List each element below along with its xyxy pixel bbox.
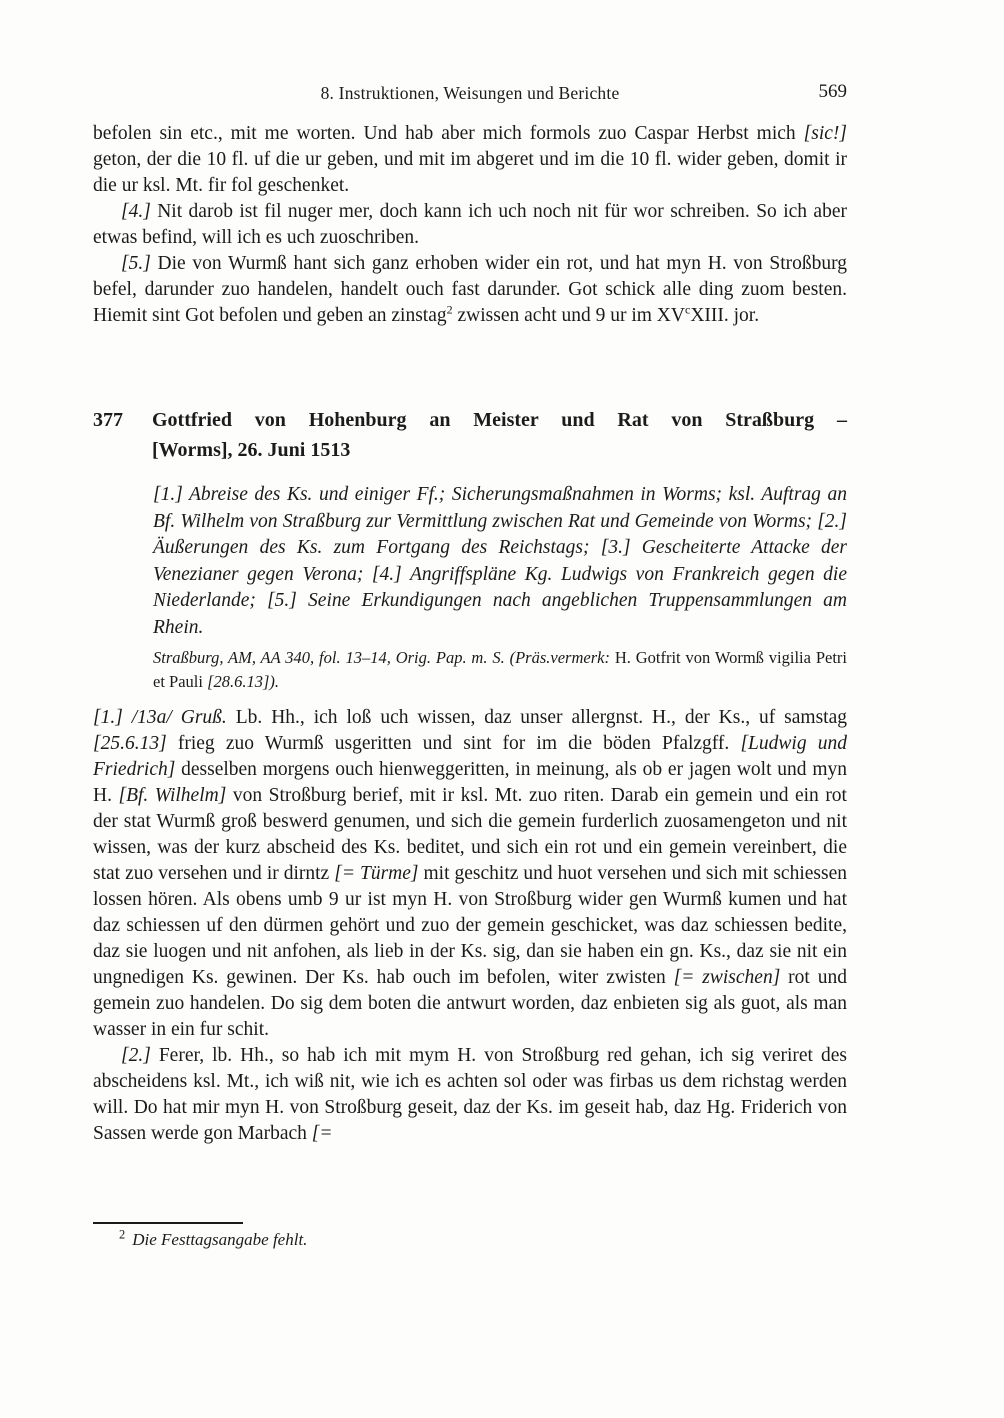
footnote: 2Die Festtagsangabe fehlt. bbox=[119, 1228, 307, 1252]
running-head: 8. Instruktionen, Weisungen und Berichte… bbox=[93, 83, 847, 103]
section-title: 8. Instruktionen, Weisungen und Berichte bbox=[93, 83, 847, 103]
document-title-line2: [Worms], 26. Juni 1513 bbox=[152, 435, 847, 465]
paragraph-5: [5.] Die von Wurmß hant sich ganz erhobe… bbox=[93, 251, 847, 329]
document-number: 377 bbox=[93, 405, 123, 435]
document-summary: [1.] Abreise des Ks. und einiger Ff.; Si… bbox=[153, 482, 847, 641]
footnote-text: Die Festtagsangabe fehlt. bbox=[132, 1230, 307, 1249]
body-paragraph-1: [1.] /13a/ Gruß. Lb. Hh., ich loß uch wi… bbox=[93, 705, 847, 1043]
paragraph-4: [4.] Nit darob ist fil nuger mer, doch k… bbox=[93, 199, 847, 251]
document-title-line1: Gottfried von Hohenburg an Meister und R… bbox=[152, 405, 847, 435]
archival-source-note: Straßburg, AM, AA 340, fol. 13–14, Orig.… bbox=[153, 646, 847, 694]
footnote-marker: 2 bbox=[119, 1227, 125, 1241]
footnote-rule bbox=[93, 1222, 243, 1224]
page-number: 569 bbox=[819, 82, 848, 102]
body-paragraph-2: [2.] Ferer, lb. Hh., so hab ich mit mym … bbox=[93, 1043, 847, 1147]
previous-letter-continuation: befolen sin etc., mit me worten. Und hab… bbox=[93, 121, 847, 329]
book-page: 8. Instruktionen, Weisungen und Berichte… bbox=[0, 0, 1004, 1418]
document-title: Gottfried von Hohenburg an Meister und R… bbox=[152, 405, 847, 465]
paragraph-continuation: befolen sin etc., mit me worten. Und hab… bbox=[93, 121, 847, 199]
document-heading: 377 Gottfried von Hohenburg an Meister u… bbox=[93, 405, 847, 465]
letter-body: [1.] /13a/ Gruß. Lb. Hh., ich loß uch wi… bbox=[93, 705, 847, 1147]
